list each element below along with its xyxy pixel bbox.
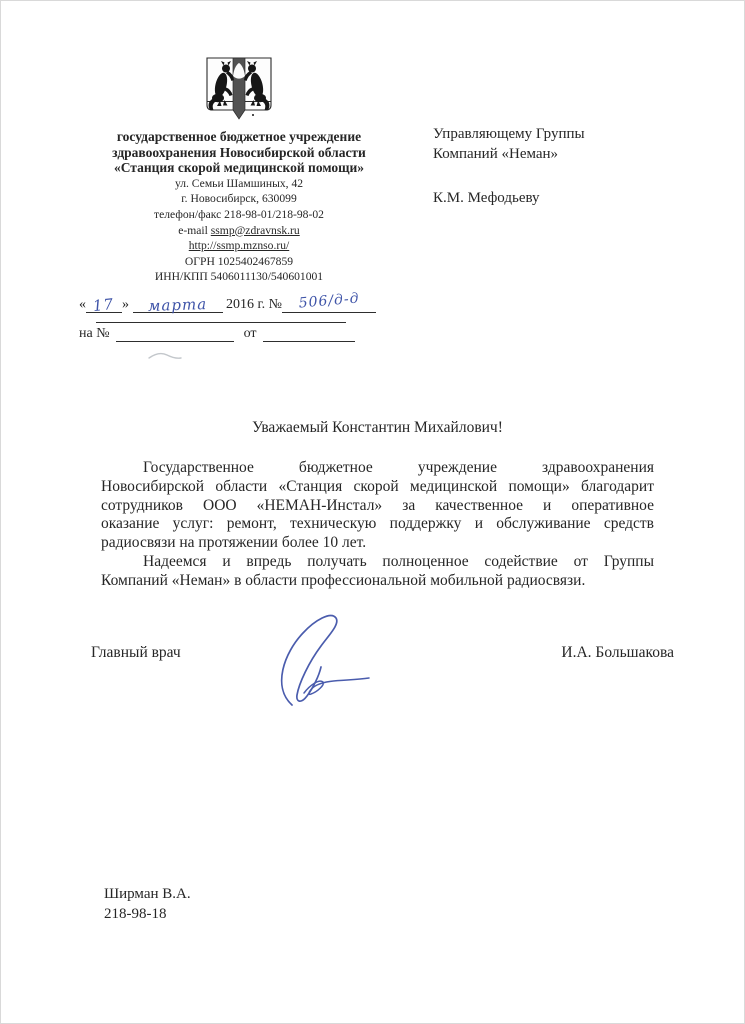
date-row: «17» марта 2016 г. №506/д-д [79,297,379,313]
salutation: Уважаемый Константин Михайлович! [101,419,654,437]
org-name-line1: государственное бюджетное учреждение [83,129,395,145]
email-line: e-mail ssmp@zdravnsk.ru [83,223,395,239]
handwritten-month: марта [148,295,208,315]
body-p1-line: сотрудников ООО «НЕМАН-Инстал» за качест… [101,497,654,516]
separator-rule [96,322,346,323]
executor-name: Ширман В.А. [104,885,191,905]
addressee-block: Управляющему Группы Компаний «Неман» К.М… [433,125,585,209]
scanned-letter-page: государственное бюджетное учреждение здр… [0,0,745,1024]
email-address: ssmp@zdravnsk.ru [211,224,300,237]
email-label: e-mail [178,224,211,237]
year-label: 2016 г. [226,297,265,312]
number-sign: № [269,297,282,312]
handwritten-day: 17 [92,295,115,315]
reply-na-label: на № [79,326,116,341]
executor-contact: Ширман В.А. 218-98-18 [104,885,191,924]
quote-close: » [122,297,129,312]
body-p1-line: оказание услуг: ремонт, техническую подд… [101,515,654,534]
addressee-line2: Компаний «Неман» [433,145,585,165]
org-name-line3: «Станция скорой медицинской помощи» [83,160,395,176]
ogrn-number: ОГРН 1025402467859 [83,254,395,270]
body-p2-line: Компаний «Неман» в области профессиональ… [101,572,654,591]
month-field: марта [133,297,223,313]
quote-open: « [79,297,86,312]
executor-phone: 218-98-18 [104,905,191,925]
letter-body: Государственное бюджетное учреждение здр… [101,459,654,591]
body-p1-line: Новосибирской области «Станция скорой ме… [101,478,654,497]
reply-reference-row: на №от [79,326,379,342]
reference-block: «17» марта 2016 г. №506/д-д на №от [79,297,379,342]
coat-of-arms-icon [201,56,277,126]
body-p1-line: Государственное бюджетное учреждение здр… [101,459,654,478]
website-url: http://ssmp.mznso.ru/ [83,238,395,254]
phone-fax: телефон/факс 218-98-01/218-98-02 [83,207,395,223]
inn-kpp-number: ИНН/КПП 5406011130/540601001 [83,269,395,285]
addressee-line1: Управляющему Группы [433,125,585,145]
body-p1-line: радиосвязи на протяжении более 10 лет. [101,534,654,553]
handwritten-signature [264,609,372,714]
addressee-name: К.М. Мефодьеву [433,189,585,209]
signer-title: Главный врач [91,644,181,662]
letterhead: государственное бюджетное учреждение здр… [83,56,395,285]
signer-name: И.А. Большакова [561,644,674,662]
signature-row: Главный врач И.А. Большакова [91,644,674,662]
reply-date-field [263,326,355,342]
number-field: 506/д-д [282,297,376,313]
reply-ot-label: от [234,326,263,341]
body-p2-line: Надеемся и впредь получать полноценное с… [101,553,654,572]
handwritten-number: 506/д-д [298,290,360,311]
reply-number-field [116,326,234,342]
city-address: г. Новосибирск, 630099 [83,191,395,207]
org-name-line2: здравоохранения Новосибирской области [83,145,395,161]
scan-artifact-mark [147,349,183,368]
day-field: 17 [86,297,122,313]
street-address: ул. Семьи Шамшиных, 42 [83,176,395,192]
